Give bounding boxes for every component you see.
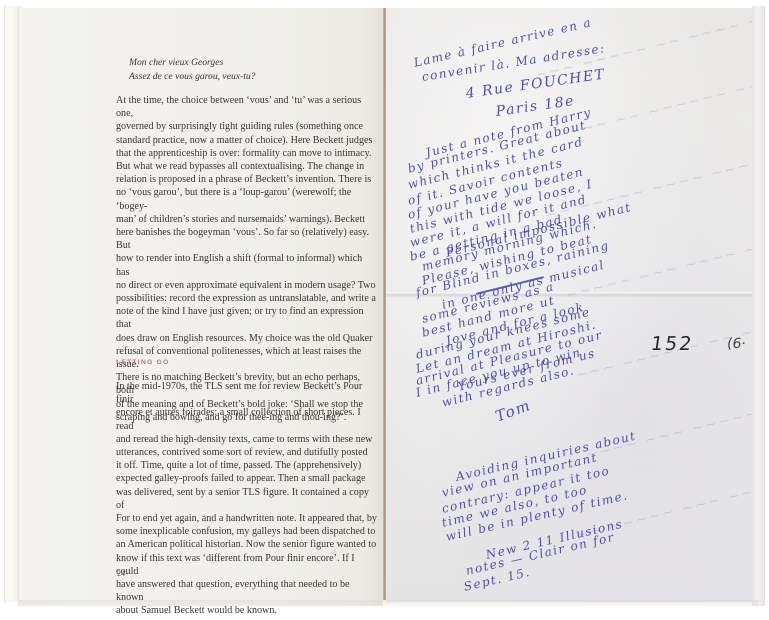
text-line: here banishes the bogeyman ‘vous’. So fa… — [116, 226, 378, 252]
text-line: possibilities: record the expression as … — [116, 292, 378, 305]
text-line: For to end yet again, and a handwritten … — [116, 512, 378, 525]
handwritten-letter: ~~~ ~~~~~ ~~ ~~~~ ~~~~~ ~~~~ ~~ ~~~~~~ ~… — [386, 8, 752, 602]
archive-side-mark: (6· — [726, 336, 747, 352]
text-line: does draw on English resources. My choic… — [116, 332, 378, 345]
text-line: an American political historian. Now the… — [116, 538, 378, 551]
text-line: have answered that question, everything … — [116, 578, 378, 604]
text-line: how to render into English a shift (form… — [116, 252, 378, 278]
text-line: encore et autres foirades: a small colle… — [116, 406, 378, 432]
body-paragraph-2: In the mid-1970s, the TLS sent me for re… — [116, 380, 378, 618]
text-line: utterances, contrived some sort of revie… — [116, 446, 378, 459]
text-line: relation is proposed in a phrase of Beck… — [116, 173, 378, 186]
text-line: At the time, the choice between ‘vous’ a… — [116, 94, 378, 120]
epigraph-line-1: Mon cher vieux Georges — [129, 56, 369, 70]
text-line: that the apprenticeship is over: formali… — [116, 147, 378, 160]
text-line: no ‘vous garou’, but there is a ‘loup-ga… — [116, 186, 378, 212]
ink-bleed-through: ~~~~ ~~~ ~~~~~~ ~~~~ — [584, 387, 752, 464]
text-line: it off. Time, quite a lot of time, passe… — [116, 459, 378, 472]
handwriting-signature: Tom — [493, 396, 534, 425]
page-number: 24 — [117, 569, 125, 578]
archive-page-mark: 152 — [649, 333, 694, 355]
epigraph-line-2: Assez de ce vous garou, veux-tu? — [129, 70, 369, 84]
text-line: some inexplicable confusion, my galleys … — [116, 525, 378, 538]
text-line: and reread the high-density texts, came … — [116, 433, 378, 446]
right-page-edges — [752, 6, 765, 606]
epigraph: Mon cher vieux Georges Assez de ce vous … — [129, 56, 369, 84]
text-line: no direct or even approximate equivalent… — [116, 279, 378, 292]
text-line: standard practice, now a matter of choic… — [116, 134, 378, 147]
book-spread: Mon cher vieux Georges Assez de ce vous … — [0, 0, 769, 620]
text-line: about Samuel Beckett would be known. — [116, 604, 378, 617]
text-line: expected galley-proofs failed to appear.… — [116, 472, 378, 485]
text-line: governed by surprisingly tight guiding r… — [116, 120, 378, 133]
section-heading: LETTING GO — [116, 359, 170, 366]
text-line: know if this text was ‘different from Po… — [116, 552, 378, 578]
text-line: But what we read bypasses all contextual… — [116, 160, 378, 173]
text-line: man’ of children’s stories and nursemaid… — [116, 213, 378, 226]
text-line: note of the kind I have just given; or t… — [116, 305, 378, 331]
body-paragraph-1: At the time, the choice between ‘vous’ a… — [116, 94, 378, 424]
text-line: was delivered, sent by a senior TLS figu… — [116, 486, 378, 512]
text-line: In the mid-1970s, the TLS sent me for re… — [116, 380, 378, 406]
